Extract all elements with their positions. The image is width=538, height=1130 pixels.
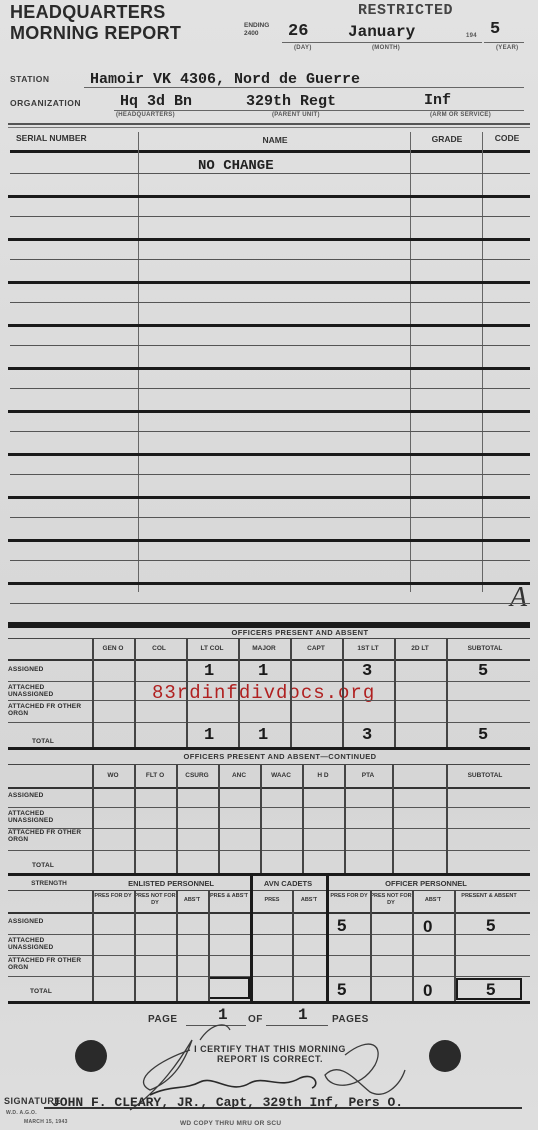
officers-col-divider — [394, 639, 396, 747]
str-col-divider — [370, 891, 372, 1001]
signer-name: JOHN F. CLEARY, JR., Capt, 329th Inf, Pe… — [52, 1095, 403, 1110]
str-col-divider — [292, 891, 294, 1001]
roster-divider-grade — [482, 132, 483, 592]
oc-col-divider — [92, 765, 94, 873]
roster-thin-rule — [10, 474, 530, 475]
handwritten-signature — [0, 0, 538, 1130]
str-col-divider — [454, 891, 456, 1001]
officers-bottom-rule — [8, 747, 530, 750]
roster-thin-rule — [10, 259, 530, 260]
roster-divider-name — [410, 132, 411, 592]
roster-header-rule — [10, 150, 530, 153]
oc-col-divider — [134, 765, 136, 873]
officers-col-divider — [186, 639, 188, 747]
str-col-divider — [92, 891, 94, 1001]
form-info-line2: MARCH 15, 1943 — [24, 1119, 68, 1125]
officers-col-divider — [134, 639, 136, 747]
oc-col-divider — [176, 765, 178, 873]
roster-thick-rule — [8, 410, 530, 413]
roster-thin-rule — [10, 560, 530, 561]
officers-col-divider — [342, 639, 344, 747]
oc-col-divider — [392, 765, 394, 873]
roster-thick-rule — [8, 539, 530, 542]
officers-row-rule — [8, 722, 530, 723]
officers-row-rule — [8, 700, 530, 701]
roster-thin-rule — [10, 173, 530, 174]
oc-col-divider — [218, 765, 220, 873]
morning-report-page: HEADQUARTERS MORNING REPORT RESTRICTED E… — [0, 0, 538, 1130]
roster-thin-rule — [10, 302, 530, 303]
str-col-divider — [176, 891, 178, 1001]
oc-col-divider — [260, 765, 262, 873]
str-group-rule — [8, 890, 530, 891]
officers-colhdr-rule — [8, 659, 530, 661]
str-row-rule — [8, 934, 530, 935]
officers-top-rule — [8, 622, 530, 625]
str-col-divider — [412, 891, 414, 1001]
roster-thick-rule — [8, 238, 530, 241]
roster-divider-serial — [138, 132, 139, 592]
oc-row-rule — [8, 828, 530, 829]
oc-col-divider — [302, 765, 304, 873]
officers-col-divider — [92, 639, 94, 747]
oc-col-divider — [446, 765, 448, 873]
roster-thin-rule — [10, 216, 530, 217]
officers-col-divider — [238, 639, 240, 747]
roster-thick-rule — [8, 582, 530, 585]
oc-row-rule — [8, 807, 530, 808]
officers-col-divider — [290, 639, 292, 747]
oc-col-divider — [344, 765, 346, 873]
roster-thick-rule — [8, 195, 530, 198]
roster-thick-rule — [8, 367, 530, 370]
str-group-divider — [326, 876, 329, 1001]
roster-thick-rule — [8, 453, 530, 456]
officers-col-divider — [446, 639, 448, 747]
oc-row-rule — [8, 850, 530, 851]
oc-bottom-rule — [8, 873, 530, 876]
roster-thick-rule — [8, 324, 530, 327]
roster-thick-rule — [8, 625, 530, 628]
roster-thin-rule — [10, 388, 530, 389]
roster-thin-rule — [10, 345, 530, 346]
routing-note: WD COPY THRU MRU OR SCU — [180, 1120, 281, 1127]
form-info-line1: W.D. A.G.O. — [6, 1110, 37, 1116]
str-group-divider — [250, 876, 253, 1001]
str-colhdr-rule — [8, 912, 530, 914]
oc-title-rule — [8, 764, 530, 765]
str-col-divider — [134, 891, 136, 1001]
oc-colhdr-rule — [8, 787, 530, 789]
officers-title-rule — [8, 638, 530, 639]
str-bottom-rule — [8, 1001, 530, 1004]
roster-thin-rule — [10, 431, 530, 432]
str-row-rule — [8, 976, 530, 977]
roster-thick-rule — [8, 281, 530, 284]
roster-thick-rule — [8, 496, 530, 499]
str-col-divider — [208, 891, 210, 1001]
officers-row-rule — [8, 681, 530, 682]
roster-thin-rule — [10, 603, 530, 604]
roster-thin-rule — [10, 517, 530, 518]
str-row-rule — [8, 955, 530, 956]
